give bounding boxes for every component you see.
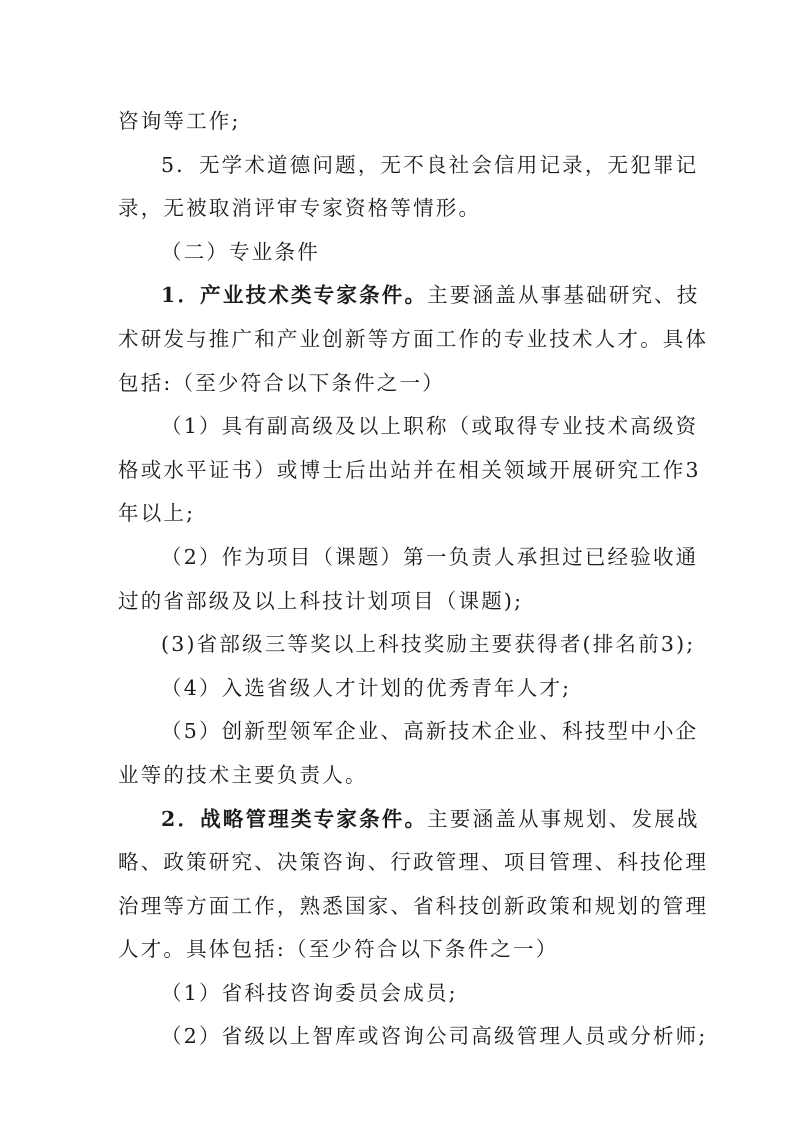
bold-heading: 2．战略管理类专家条件。	[161, 807, 427, 831]
line-text: 格或水平证书）或博士后出站并在相关领域开展研究工作3	[118, 458, 701, 482]
text-line: （5）创新型领军企业、高新技术企业、科技型中小企	[118, 710, 684, 754]
document-page: 咨询等工作;5．无学术道德问题，无不良社会信用记录，无犯罪记录，无被取消评审专家…	[118, 100, 684, 1059]
text-line: （2）省级以上智库或咨询公司高级管理人员或分析师;	[118, 1015, 684, 1059]
line-text: (3)省部级三等奖以上科技奖励主要获得者(排名前3);	[161, 632, 695, 656]
text-line: 1．产业技术类专家条件。主要涵盖从事基础研究、技	[118, 274, 684, 318]
line-text: （1）具有副高级及以上职称（或取得专业技术高级资	[161, 414, 698, 438]
line-text: （2）作为项目（课题）第一负责人承担过已经验收通	[161, 545, 698, 569]
text-line: 5．无学术道德问题，无不良社会信用记录，无犯罪记	[118, 144, 684, 188]
text-line: （1）省科技咨询委员会成员;	[118, 972, 684, 1016]
line-text: （二）专业条件	[161, 240, 320, 264]
line-text: 治理等方面工作，熟悉国家、省科技创新政策和规划的管理	[118, 894, 708, 918]
text-line: 术研发与推广和产业创新等方面工作的专业技术人才。具体	[118, 318, 684, 362]
text-line: （4）入选省级人才计划的优秀青年人才;	[118, 667, 684, 711]
text-line: 过的省部级及以上科技计划项目（课题);	[118, 580, 684, 624]
line-text: 录，无被取消评审专家资格等情形。	[118, 196, 481, 220]
text-line: （2）作为项目（课题）第一负责人承担过已经验收通	[118, 536, 684, 580]
text-line: (3)省部级三等奖以上科技奖励主要获得者(排名前3);	[118, 623, 684, 667]
line-text: 术研发与推广和产业创新等方面工作的专业技术人才。具体	[118, 327, 708, 351]
line-text: （2）省级以上智库或咨询公司高级管理人员或分析师;	[161, 1024, 707, 1048]
line-text: （4）入选省级人才计划的优秀青年人才;	[161, 676, 571, 700]
text-line: 2．战略管理类专家条件。主要涵盖从事规划、发展战	[118, 798, 684, 842]
text-line: （二）专业条件	[118, 231, 684, 275]
line-text: 略、政策研究、决策咨询、行政管理、项目管理、科技伦理	[118, 850, 708, 874]
line-text: 5．无学术道德问题，无不良社会信用记录，无犯罪记	[161, 153, 698, 177]
bold-heading: 1．产业技术类专家条件。	[161, 283, 427, 307]
line-text: 咨询等工作;	[118, 109, 241, 133]
line-text: （1）省科技咨询委员会成员;	[161, 981, 458, 1005]
line-text: 主要涵盖从事基础研究、技	[427, 283, 699, 307]
line-text: 主要涵盖从事规划、发展战	[427, 807, 699, 831]
text-line: 格或水平证书）或博士后出站并在相关领域开展研究工作3	[118, 449, 684, 493]
text-line: 略、政策研究、决策咨询、行政管理、项目管理、科技伦理	[118, 841, 684, 885]
line-text: 年以上;	[118, 501, 195, 525]
text-line: 人才。具体包括:（至少符合以下条件之一）	[118, 928, 684, 972]
text-line: 业等的技术主要负责人。	[118, 754, 684, 798]
text-line: 录，无被取消评审专家资格等情形。	[118, 187, 684, 231]
line-text: 人才。具体包括:（至少符合以下条件之一）	[118, 937, 558, 961]
text-line: 咨询等工作;	[118, 100, 684, 144]
line-text: （5）创新型领军企业、高新技术企业、科技型中小企	[161, 719, 698, 743]
text-line: 治理等方面工作，熟悉国家、省科技创新政策和规划的管理	[118, 885, 684, 929]
text-line: 包括:（至少符合以下条件之一）	[118, 362, 684, 406]
text-line: 年以上;	[118, 492, 684, 536]
line-text: 过的省部级及以上科技计划项目（课题);	[118, 589, 523, 613]
line-text: 包括:（至少符合以下条件之一）	[118, 371, 445, 395]
line-text: 业等的技术主要负责人。	[118, 763, 368, 787]
text-line: （1）具有副高级及以上职称（或取得专业技术高级资	[118, 405, 684, 449]
